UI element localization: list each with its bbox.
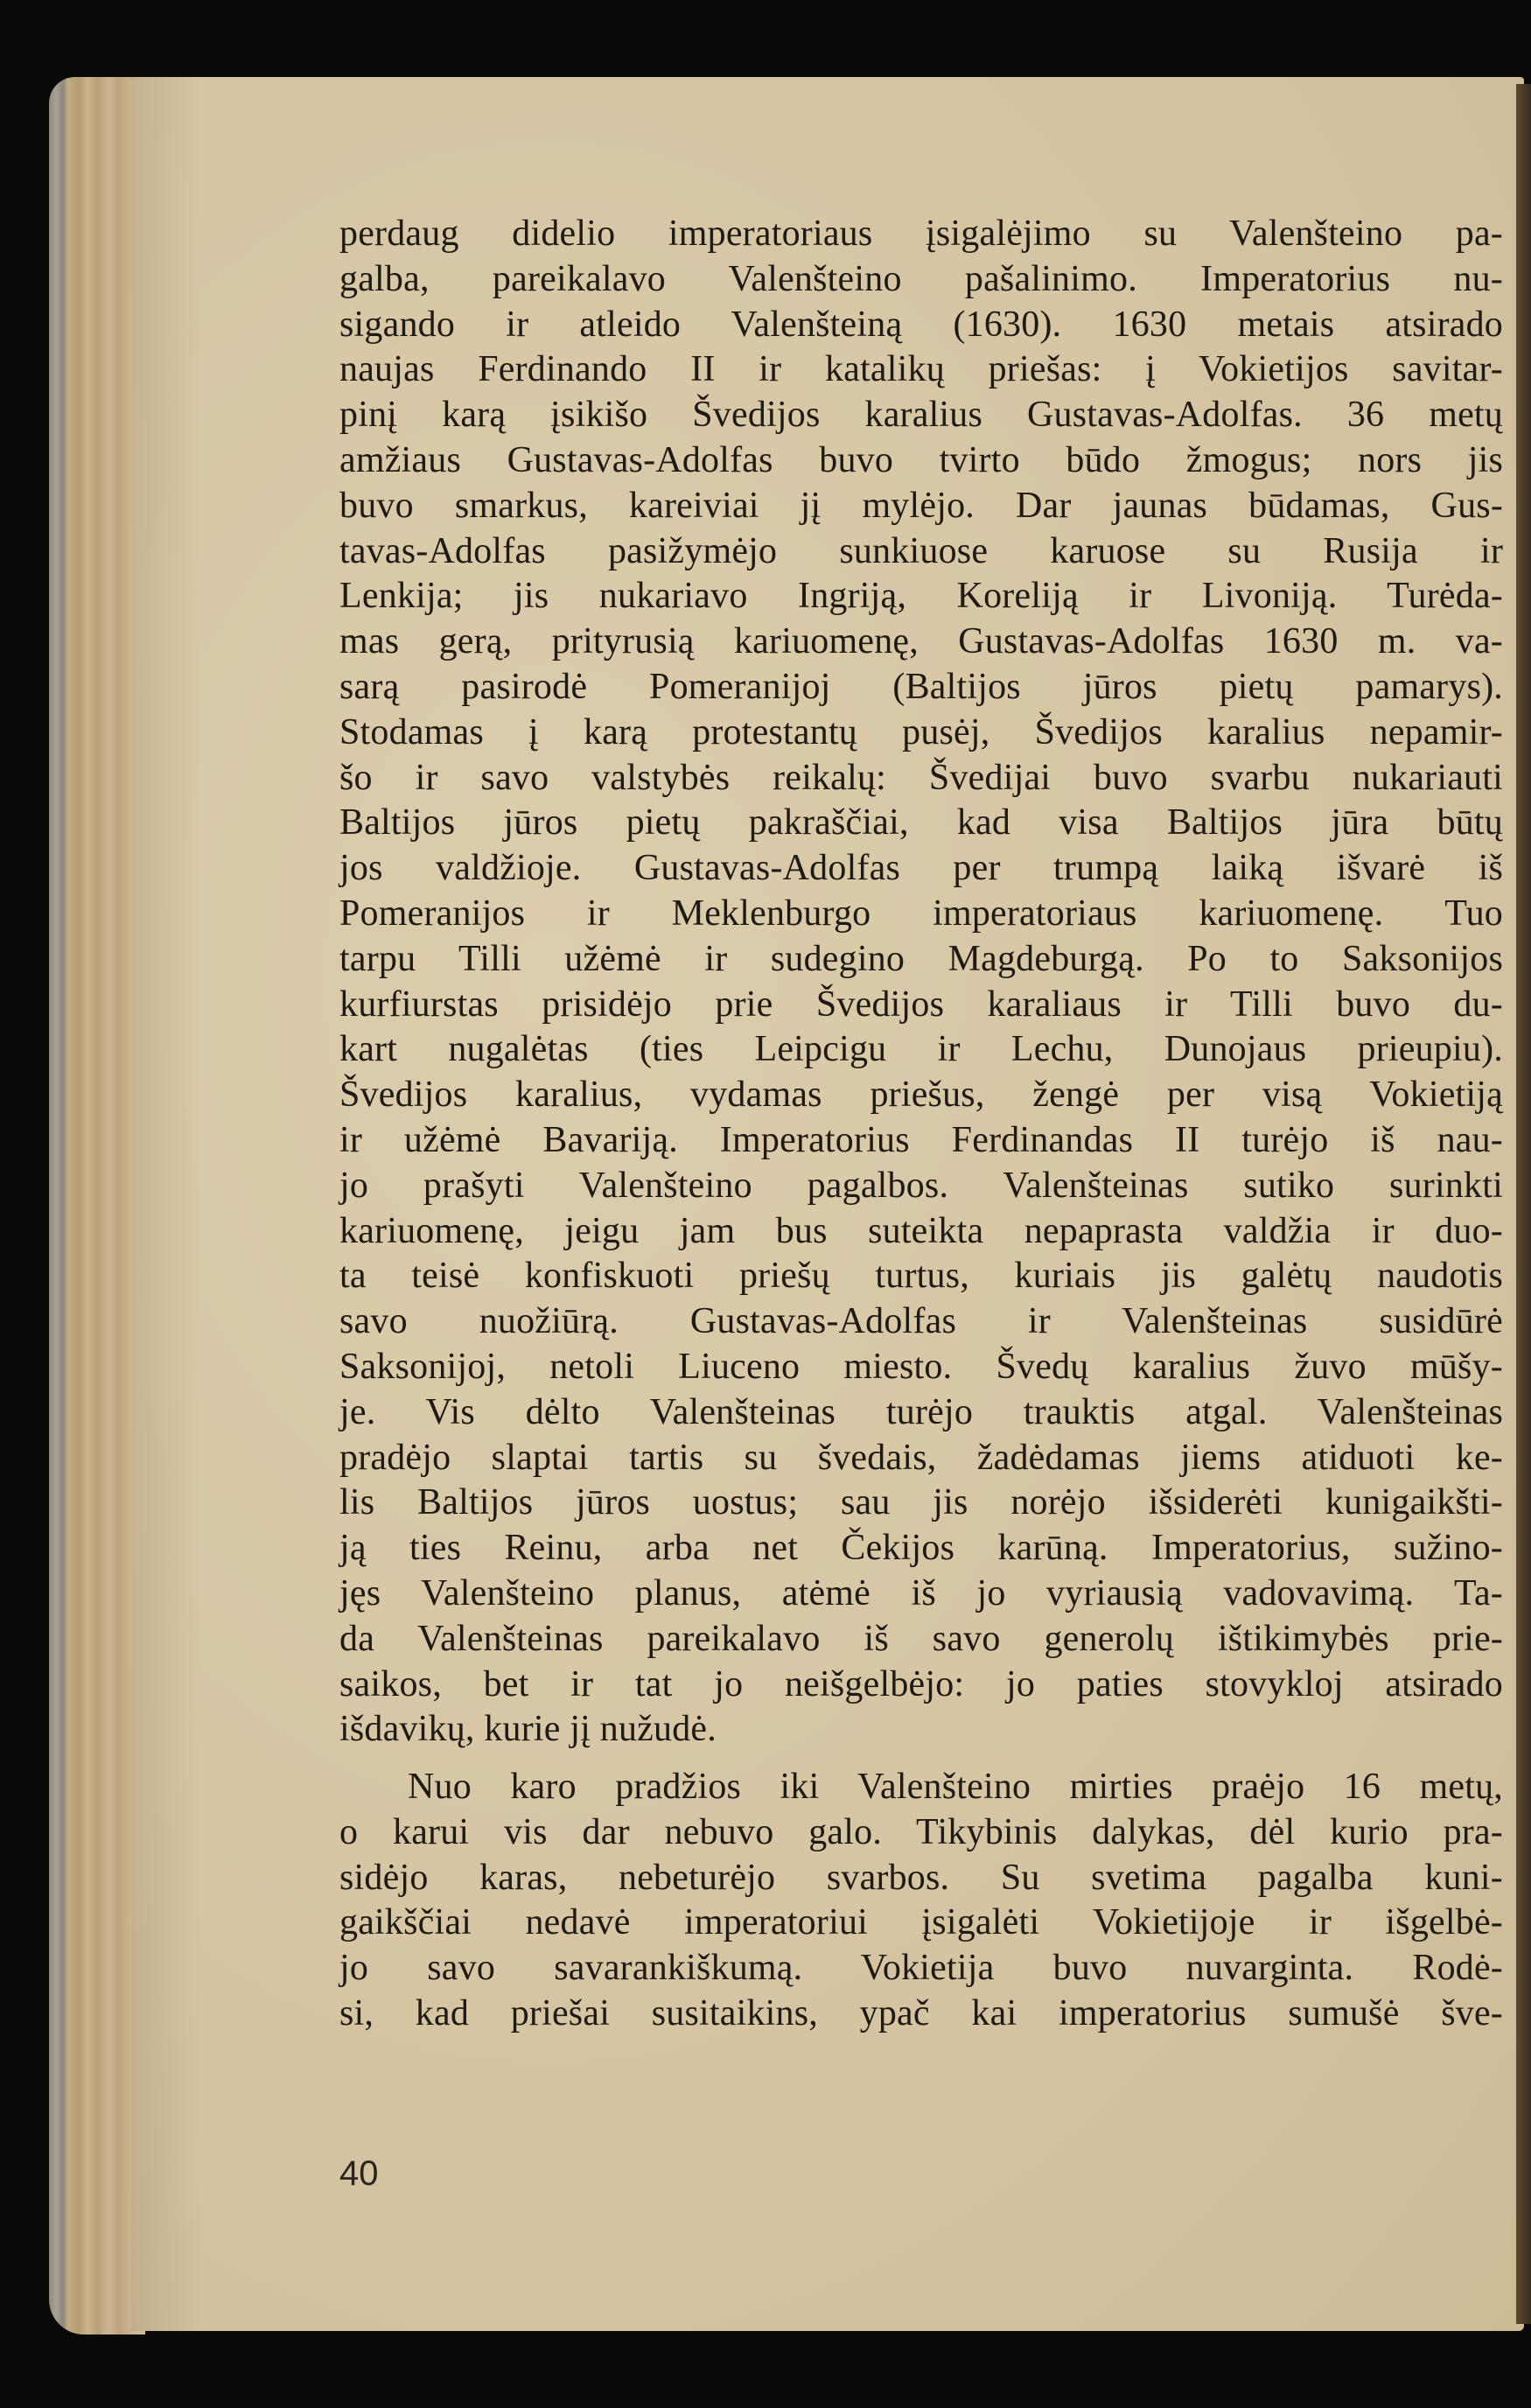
text-line: kurfiurstas prisidėjo prie Švedijos kara… [339, 983, 1503, 1028]
text-line: jęs Valenšteino planus, atėmė iš jo vyri… [339, 1571, 1503, 1617]
text-line: jo prašyti Valenšteino pagalbos. Valenšt… [339, 1164, 1503, 1209]
text-line: Lenkija; jis nukariavo Ingriją, Koreliją… [339, 574, 1503, 619]
text-line: si, kad priešai susitaikins, ypač kai im… [339, 1991, 1503, 2037]
text-line: šo ir savo valstybės reikalų: Švedijai b… [339, 756, 1503, 801]
page-number: 40 [339, 2154, 379, 2194]
paragraph-2: Nuo karo pradžios iki Valenšteino mirtie… [339, 1765, 1503, 2037]
text-line: pradėjo slaptai tartis su švedais, žadėd… [339, 1436, 1503, 1481]
paragraph-1: perdaug didelio imperatoriaus įsigalėjim… [339, 212, 1503, 1753]
text-line: Stodamas į karą protestantų pusėj, Švedi… [339, 710, 1503, 756]
text-line: išdavikų, kurie jį nužudė. [339, 1707, 1503, 1753]
text-line: ta teisė konfiskuoti priešų turtus, kuri… [339, 1254, 1503, 1299]
text-line: tavas-Adolfas pasižymėjo sunkiuose karuo… [339, 529, 1503, 575]
text-line: naujas Ferdinando II ir katalikų priešas… [339, 347, 1503, 393]
text-line: jo savo savarankiškumą. Vokietija buvo n… [339, 1946, 1503, 1991]
text-line: Švedijos karalius, vydamas priešus, ženg… [339, 1073, 1503, 1118]
text-line: mas gerą, prityrusią kariuomenę, Gustava… [339, 619, 1503, 665]
text-line: Nuo karo pradžios iki Valenšteino mirtie… [339, 1765, 1503, 1810]
text-line: sarą pasirodė Pomeranijoj (Baltijos jūro… [339, 665, 1503, 710]
text-line: kariuomenę, jeigu jam bus suteikta nepap… [339, 1209, 1503, 1255]
text-line: galba, pareikalavo Valenšteino pašalinim… [339, 257, 1503, 303]
text-line: tarpu Tilli užėmė ir sudegino Magdeburgą… [339, 937, 1503, 983]
text-line: perdaug didelio imperatoriaus įsigalėjim… [339, 212, 1503, 257]
text-line: kart nugalėtas (ties Leipcigu ir Lechu, … [339, 1027, 1503, 1073]
paragraph-gap [339, 1753, 1503, 1765]
text-line: amžiaus Gustavas-Adolfas buvo tvirto būd… [339, 438, 1503, 484]
text-line: o karui vis dar nebuvo galo. Tikybinis d… [339, 1810, 1503, 1856]
text-line: buvo smarkus, kareiviai jį mylėjo. Dar j… [339, 484, 1503, 529]
text-line: saikos, bet ir tat jo neišgelbėjo: jo pa… [339, 1662, 1503, 1708]
text-line: jos valdžioje. Gustavas-Adolfas per trum… [339, 846, 1503, 892]
text-line: Saksonijoj, netoli Liuceno miesto. Švedų… [339, 1345, 1503, 1390]
text-line: ir užėmė Bavariją. Imperatorius Ferdinan… [339, 1118, 1503, 1164]
binding-edge [1516, 84, 1531, 2324]
body-text: perdaug didelio imperatoriaus įsigalėjim… [339, 212, 1503, 2037]
text-line: sidėjo karas, nebeturėjo svarbos. Su sve… [339, 1856, 1503, 1901]
text-line: lis Baltijos jūros uostus; sau jis norėj… [339, 1480, 1503, 1526]
text-line: sigando ir atleido Valenšteiną (1630). 1… [339, 303, 1503, 348]
text-line: pinį karą įsikišo Švedijos karalius Gust… [339, 393, 1503, 438]
text-line: da Valenšteinas pareikalavo iš savo gene… [339, 1617, 1503, 1662]
text-line: je. Vis dėlto Valenšteinas turėjo traukt… [339, 1390, 1503, 1436]
text-line: Baltijos jūros pietų pakraščiai, kad vis… [339, 801, 1503, 846]
text-line: ją ties Reinu, arba net Čekijos karūną. … [339, 1526, 1503, 1571]
text-line: gaikščiai nedavė imperatoriui įsigalėti … [339, 1900, 1503, 1946]
text-line: savo nuožiūrą. Gustavas-Adolfas ir Valen… [339, 1299, 1503, 1345]
text-line: Pomeranijos ir Meklenburgo imperatoriaus… [339, 892, 1503, 937]
